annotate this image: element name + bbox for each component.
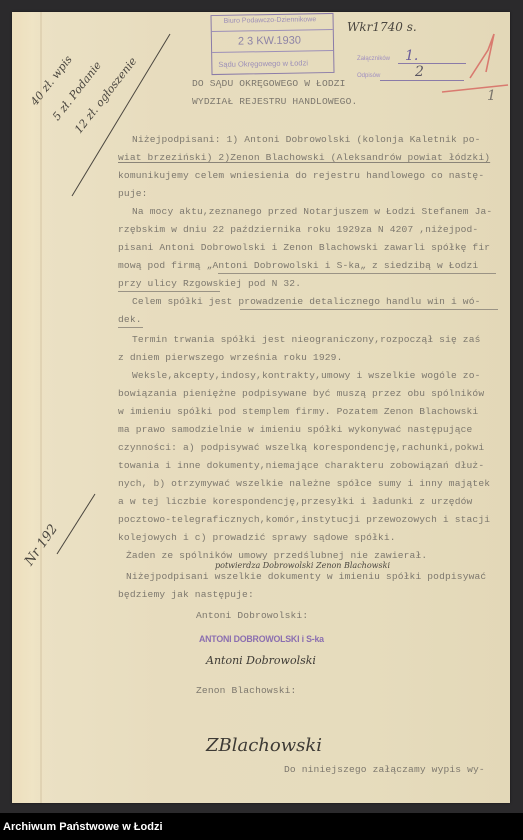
underline	[118, 291, 220, 292]
signatory-2: Zenon Blachowski:	[196, 686, 296, 696]
page-fold	[12, 12, 50, 803]
stamp-bottom-text: Sądu Okręgowego w Łodzi	[218, 58, 308, 69]
body-line: Termin trwania spółki jest nieograniczon…	[132, 335, 481, 345]
body-line: wiat brzeziński) 2)Zenon Blachowski (Ale…	[118, 153, 490, 163]
body-line: towania i inne dokumenty,niemające chara…	[118, 461, 484, 471]
body-line: a w tej liczbie korespondencję,przesyłki…	[118, 497, 472, 507]
body-line: Celem spółki jest prowadzenie detaliczne…	[132, 297, 481, 307]
body-line: Weksle,akcepty,indosy,kontrakty,umowy i …	[132, 371, 481, 381]
body-line: pisani Antoni Dobrowolski i Zenon Blacho…	[118, 243, 490, 253]
body-line: z dniem pierwszego września roku 1929.	[118, 353, 342, 363]
red-page-mark	[440, 30, 510, 96]
body-line: będziemy jak następuje:	[118, 590, 254, 600]
margin-number-underline	[55, 490, 105, 560]
heading-line-1: DO SĄDU OKRĘGOWEGO W ŁODZI	[192, 79, 346, 89]
body-line: przy ulicy Rzgowskiej pod N 32.	[118, 279, 301, 289]
body-line: Niżejpodpisani wszelkie dokumenty w imie…	[126, 572, 486, 582]
body-line: bowiązania pieniężne podpisywane być mus…	[118, 389, 484, 399]
interlinear-note: potwierdza Dobrowolski Zenon Blachowski	[215, 561, 390, 570]
company-stamp: ANTONI DOBROWOLSKI i S-ka	[199, 634, 324, 644]
body-line: kolejowych i c) prowadzić sprawy sądowe …	[118, 533, 396, 543]
body-line: w imieniu spółki pod stemplem firmy. Poz…	[118, 407, 478, 417]
reference-note: Wkr1740 s.	[347, 20, 417, 34]
archive-name: Archiwum Państwowe w Łodzi	[3, 821, 163, 833]
body-line: dek.	[118, 315, 142, 325]
underline	[118, 327, 143, 328]
body-line: rzębskim w dniu 22 października roku 192…	[118, 225, 478, 235]
body-line: Niżejpodpisani: 1) Antoni Dobrowolski (k…	[132, 135, 481, 145]
stamp-date: 2 3 KW.1930	[238, 35, 301, 48]
underline	[240, 309, 498, 310]
stamp-top-text: Biuro Podawczo-Dziennikowe	[224, 16, 317, 25]
archive-footer-bar: Archiwum Państwowe w Łodzi	[0, 813, 523, 840]
body-line: puje:	[118, 189, 148, 199]
body-line: pocztowo-telegraficznych,komór,instytucj…	[118, 515, 490, 525]
body-line: komunikujemy celem wniesienia do rejestr…	[118, 171, 484, 181]
body-line: Na mocy aktu,zeznanego przed Notarjuszem…	[132, 207, 492, 217]
copies-label: Odpisów	[357, 73, 380, 79]
signature-2: ZBlachowski	[206, 735, 322, 756]
attachments-value: 1.	[405, 48, 418, 64]
attachments-label: Załączników	[357, 56, 390, 62]
closing-line: Do niniejszego załączamy wypis wy-	[284, 765, 485, 775]
body-line: mową pod firmą „Antoni Dobrowolski i S-k…	[118, 261, 478, 271]
body-line: nych, b) otrzymywać wszelkie należne spó…	[118, 479, 490, 489]
heading-line-2: WYDZIAŁ REJESTRU HANDLOWEGO.	[192, 97, 357, 107]
signature-1: Antoni Dobrowolski	[206, 654, 316, 667]
signatory-1: Antoni Dobrowolski:	[196, 611, 308, 621]
page-number: 1	[487, 88, 496, 104]
copies-value: 2	[415, 64, 424, 80]
body-line: ma prawo samodzielnie w imieniu spółki w…	[118, 425, 472, 435]
underline	[218, 273, 496, 274]
receipt-stamp: Biuro Podawczo-Dziennikowe 2 3 KW.1930 S…	[210, 13, 334, 75]
body-line: czynności: a) podpisywać wszelką korespo…	[118, 443, 484, 453]
body-line: Żaden ze spólników umowy przedślubnej ni…	[126, 551, 427, 561]
